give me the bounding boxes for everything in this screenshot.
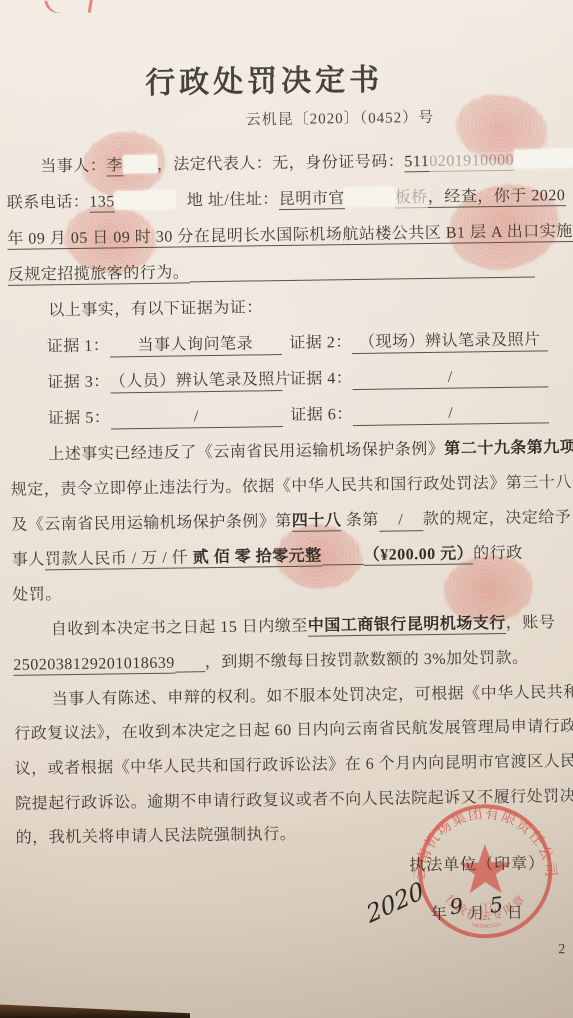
decision-text: 款的规定，决定给予当 [423,509,573,528]
evidence-line-1: 证据 1：当事人询问笔录证据 2：（现场）辨认笔录及照片 [9,326,548,359]
decision-text: 的行政 [473,545,523,563]
evidence-2-label: 证据 2： [289,334,352,352]
decision-line-1: 上述事实已经违反了《云南省民用运输机场保护条例》第二十九条第九项之 [10,434,573,465]
decision-text: 及《云南省民用运输机场保护条例》第 [11,513,292,534]
violation-text-2: 反规定招揽旅客的行为。 [8,264,190,286]
party-name: 李 [106,157,123,176]
bank-name: 中国工商银行昆明机场支行 [308,615,506,637]
blank-rule [322,548,364,566]
clause-field: / [379,511,423,532]
blank-rule [175,655,205,672]
phone-label: 联系电话： [7,194,90,212]
phone-number: 135 [89,193,115,212]
redaction-box [123,155,157,173]
evidence-3-value: （人员）辨认笔录及照片 [110,366,282,393]
evidence-6-value: / [353,403,549,426]
payment-line-1: 自收到本决定书之日起 15 日内缴至中国工商银行昆明机场支行，账号 [13,609,556,640]
rights-text: 议，或者根据《中华人民共和国行政诉讼法》在 6 个月内向昆明市官渡区人民法 [15,753,573,778]
date-month-char: 月 [469,900,485,923]
enforcement-unit-label: 执法单位（印章） [409,850,545,875]
rights-text: 当事人有陈述、申辩的权利。如不服本处罚决定，可根据《中华人民共和国 [52,684,573,709]
date-year-char: 年 [431,901,447,924]
evidence-1-label: 证据 1： [47,337,110,355]
evidence-3-label: 证据 3： [47,373,110,391]
evidence-4-value: / [352,367,548,390]
address-value-faint: 板桥 [395,189,428,208]
amount-words: 贰 佰 零 拾零元整 [193,548,322,569]
rights-text: 行政复议法》，在收到本决定之日起 60 日内向云南省民航发展管理局申请行政复 [14,718,573,743]
decision-text: 条第 [341,512,379,530]
amount-words-prefix: 罚款人民币 / 万 / 仟 [45,549,193,570]
evidence-2-value: （现场）辨认笔录及照片 [352,326,548,354]
id-number-faint: 0201910000 [429,152,514,172]
evidence-4-label: 证据 4： [290,370,353,388]
decision-text: 规定，责令立即停止违法行为。依据《中华人民共和国行政处罚法》第三十八条 [11,474,573,499]
penalty-decision-document-photo: 行政处罚决定书 云机昆〔2020〕（0452）号 当事人：李，法定代表人：无，身… [0,0,573,1018]
red-pen-mark [44,0,66,16]
decision-line-2: 规定，责令立即停止违法行为。依据《中华人民共和国行政处罚法》第三十八条 [11,469,573,500]
page-number: 2 [558,942,565,958]
evidence-intro: 以上事实，有以下证据为证： [48,299,263,319]
applied-article: 四十八 [292,512,342,532]
blank-rule [189,261,534,283]
rights-line-1: 当事人有陈述、申辩的权利。如不服本处罚决定，可根据《中华人民共和国 [14,679,573,710]
address-value: 昆明市官 [279,190,345,210]
redaction-box [345,187,395,206]
address-label: 地 址/住址： [187,191,279,209]
inspect-text: ，经查，你于 2020 [428,187,566,208]
decision-text: 处罚。 [12,586,62,604]
payment-text: ，账号 [506,614,556,632]
redaction-box [115,191,175,210]
evidence-intro-line: 以上事实，有以下证据为证： [8,294,263,321]
evidence-6-label: 证据 6： [290,406,353,424]
amount-numeric: （¥200.00 元） [364,545,474,566]
decision-text: 事人 [12,551,45,568]
document-number: 云机昆〔2020〕（0452）号 [246,106,435,130]
rights-line-3: 议，或者根据《中华人民共和国行政诉讼法》在 6 个月内向昆明市官渡区人民法 [15,748,573,779]
decision-line-3: 及《云南省民用运输机场保护条例》第四十八 条第/款的规定，决定给予当 [11,504,573,537]
evidence-1-value: 当事人询问笔录 [109,330,281,357]
handwritten-month: 9 [448,894,464,919]
rights-line-2: 行政复议法》，在收到本决定之日起 60 日内向云南省民航发展管理局申请行政复 [14,713,573,744]
id-number: 511 [404,153,429,172]
payment-text: ，到期不缴每日按罚款数额的 3%加处罚款。 [205,650,529,672]
document-title: 行政处罚决定书 [145,55,384,102]
date-day-char: 日 [507,900,523,923]
violated-article: 第二十九条第九项 [444,439,573,458]
account-number: 2502038129201018639 [13,655,175,676]
payment-text: 自收到本决定书之日起 15 日内缴至 [51,618,308,639]
legal-rep-text: ，法定代表人：无，身份证号码： [157,153,405,173]
evidence-5-value: / [110,407,282,429]
red-pen-mark [88,0,94,13]
rights-line-5: 的，我机关将申请人民法院强制执行。 [16,821,297,848]
rights-text: 的，我机关将申请人民法院强制执行。 [16,826,297,847]
decision-text: 上述事实已经违反了《云南省民用运输机场保护条例》 [48,441,444,464]
evidence-line-2: 证据 3：（人员）辨认笔录及照片证据 4：/ [9,362,548,395]
party-label: 当事人： [40,157,106,175]
evidence-5-label: 证据 5： [48,409,111,427]
handwritten-day: 5 [489,893,505,918]
evidence-line-3: 证据 5：/证据 6：/ [10,398,549,431]
payment-line-2: 2502038129201018639，到期不缴每日按罚款数额的 3%加处罚款。 [13,645,529,675]
redaction-box [514,149,573,168]
document-content: 行政处罚决定书 云机昆〔2020〕（0452）号 当事人：李，法定代表人：无，身… [0,0,573,1018]
penalty-end-line: 处罚。 [12,581,62,605]
